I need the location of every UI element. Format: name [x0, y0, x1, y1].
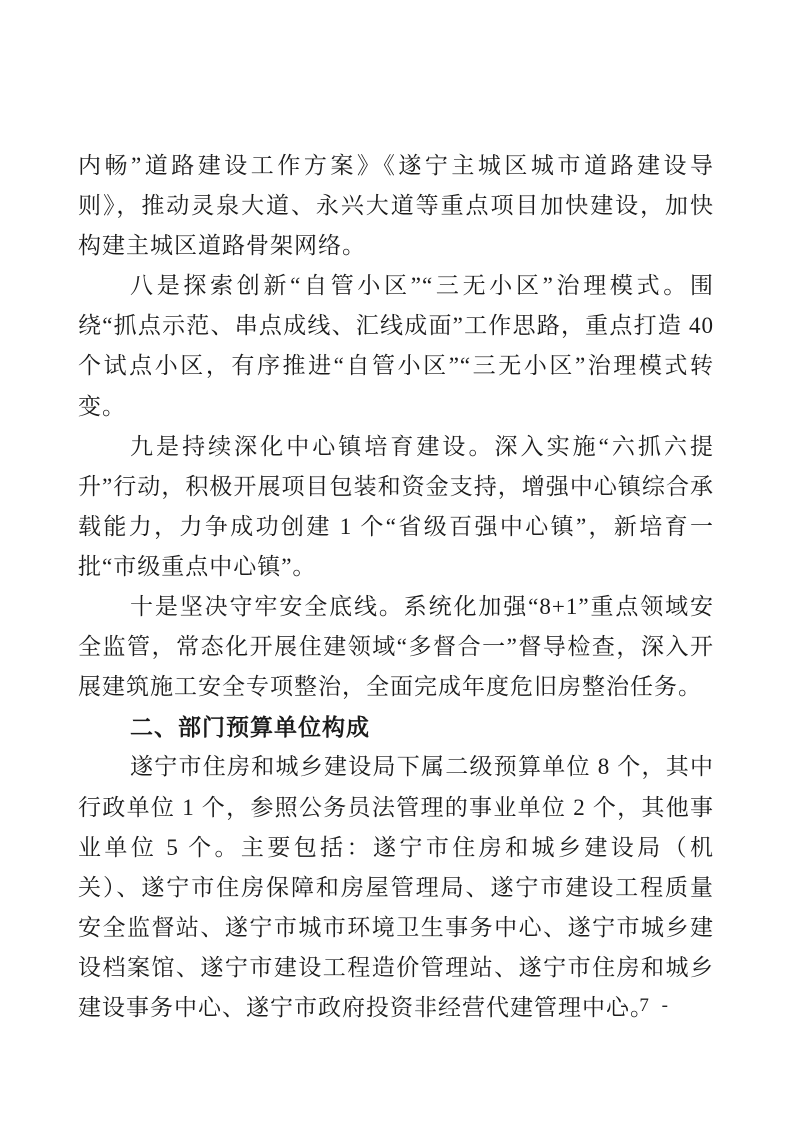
paragraph-item-nine: 九是持续深化中心镇培育建设。深入实施“六抓六提升”行动，积极开展项目包装和资金支…	[78, 427, 714, 587]
paragraph-road-construction: 内畅”道路建设工作方案》《遂宁主城区城市道路建设导则》，推动灵泉大道、永兴大道等…	[78, 146, 714, 266]
paragraph-item-ten: 十是坚决守牢安全底线。系统化加强“8+1”重点领域安全监管，常态化开展住建领域“…	[78, 587, 714, 707]
section-heading-budget-unit-composition: 二、部门预算单位构成	[78, 707, 714, 747]
page-number: - 7 -	[620, 995, 672, 1017]
paragraph-budget-units: 遂宁市住房和城乡建设局下属二级预算单位 8 个，其中行政单位 1 个，参照公务员…	[78, 747, 714, 1028]
document-content: 内畅”道路建设工作方案》《遂宁主城区城市道路建设导则》，推动灵泉大道、永兴大道等…	[78, 146, 714, 1028]
document-page: 内畅”道路建设工作方案》《遂宁主城区城市道路建设导则》，推动灵泉大道、永兴大道等…	[0, 0, 793, 1122]
paragraph-item-eight: 八是探索创新“自管小区”“三无小区”治理模式。围绕“抓点示范、串点成线、汇线成面…	[78, 266, 714, 426]
